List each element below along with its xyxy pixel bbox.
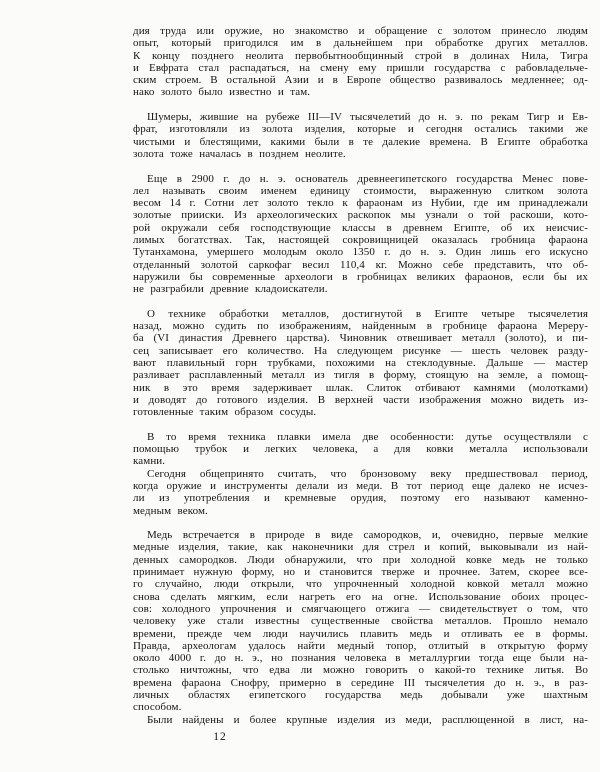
- paragraph: дия труда или оружие, но знакомство и об…: [133, 25, 588, 99]
- text-line: столько ничтожны, что едва ли можно гово…: [133, 664, 588, 676]
- paragraph: В то время техника плавки имела две особ…: [133, 431, 588, 468]
- text-line: сов: холодного упрочнения и смягчающего …: [133, 603, 588, 615]
- text-line: Шумеры, жившие на рубеже III—IV тысячеле…: [133, 111, 588, 123]
- text-line: Тутанхамона, умершего молодым около 1350…: [133, 246, 588, 258]
- text-line: го случайно, люди открыли, что упрочненн…: [133, 578, 588, 590]
- text-line: дия труда или оружие, но знакомство и об…: [133, 25, 588, 37]
- text-line: сец записывает его количество. На следую…: [133, 345, 588, 357]
- text-line: готовленные таким образом сосуды.: [133, 406, 588, 418]
- text-line: ским строем. В остальной Азии и в Европе…: [133, 74, 588, 86]
- text-line: медные изделия, такие, как наконечники д…: [133, 541, 588, 553]
- text-line: когда оружие и инструменты делали из мед…: [133, 480, 588, 492]
- text-line: Медь встречается в природе в виде саморо…: [133, 529, 588, 541]
- text-line: помощью трубок и легких человека, а для …: [133, 443, 588, 455]
- text-line: времена фараона Снофру, примерно в серед…: [133, 677, 588, 689]
- text-line: денных самородков. Люди обнаружили, что …: [133, 554, 588, 566]
- text-line: способом.: [133, 701, 588, 713]
- text-line: ли из употребления и кремневые орудия, п…: [133, 492, 588, 504]
- book-page: дия труда или оружие, но знакомство и об…: [0, 0, 600, 772]
- text-line: назад, можно судить по изображениям, най…: [133, 320, 588, 332]
- text-line: опыт, который пригодился им в дальнейшем…: [133, 37, 588, 49]
- text-line: отделанный золотой саркофаг весил 110,4 …: [133, 259, 588, 271]
- paragraph: Были найдены и более крупные изделия из …: [133, 714, 588, 726]
- text-line: человеку уже стали известны существенные…: [133, 615, 588, 627]
- text-line: К концу позднего неолита первобытнообщин…: [133, 50, 588, 62]
- text-line: снова сделать мягким, если нагреть его н…: [133, 591, 588, 603]
- text-line: золота тоже началась в позднем неолите.: [133, 148, 588, 160]
- text-line: золотые прииски. Из археологических раск…: [133, 209, 588, 221]
- text-line: около 4000 г. до н. э., но познания чело…: [133, 652, 588, 664]
- text-line: и Евфрата стал распадаться, на смену ему…: [133, 62, 588, 74]
- text-line: принимает нужную форму, но и становится …: [133, 566, 588, 578]
- text-line: фрат, изготовляли из золота изделия, кот…: [133, 123, 588, 135]
- text-line: чистыми и блестящими, какими были в те д…: [133, 136, 588, 148]
- paragraph: Еще в 2900 г. до н. э. основатель древне…: [133, 173, 588, 296]
- paragraph: О технике обработки металлов, достигнуто…: [133, 308, 588, 419]
- text-line: вают плавильный горн трубками, похожими …: [133, 357, 588, 369]
- text-line: камни.: [133, 455, 588, 467]
- text-line: лимых богатствах. Так, настоящей сокрови…: [133, 234, 588, 246]
- text-line: нако золото было известно и там.: [133, 86, 588, 98]
- paragraph: Сегодня общепринято считать, что бронзов…: [133, 468, 588, 517]
- text-line: Правда, археологам удалось найти медный …: [133, 640, 588, 652]
- text-line: В то время техника плавки имела две особ…: [133, 431, 588, 443]
- text-line: рой окружали себя господствующие классы …: [133, 222, 588, 234]
- text-line: и доводят до готового изделия. В верхней…: [133, 394, 588, 406]
- text-line: весом 14 г. Сотни лет золото текло к фар…: [133, 197, 588, 209]
- text-line: ба (VI династия Древнего царства). Чинов…: [133, 332, 588, 344]
- text-line: личных областях египетского государства …: [133, 689, 588, 701]
- text-line: времени, прежде чем люди научились плави…: [133, 628, 588, 640]
- text-line: Сегодня общепринято считать, что бронзов…: [133, 468, 588, 480]
- text-line: не разграбили древние кладоискатели.: [133, 283, 588, 295]
- text-line: Были найдены и более крупные изделия из …: [133, 714, 588, 726]
- paragraph: Шумеры, жившие на рубеже III—IV тысячеле…: [133, 111, 588, 160]
- text-line: наружили бы современные археологи в гроб…: [133, 271, 588, 283]
- text-line: медным веком.: [133, 505, 588, 517]
- page-number: 12: [208, 731, 232, 743]
- text-line: лел называть своим именем единицу стоимо…: [133, 185, 588, 197]
- text-line: Еще в 2900 г. до н. э. основатель древне…: [133, 173, 588, 185]
- page-text: дия труда или оружие, но знакомство и об…: [133, 25, 588, 726]
- paragraph: Медь встречается в природе в виде саморо…: [133, 529, 588, 713]
- text-line: О технике обработки металлов, достигнуто…: [133, 308, 588, 320]
- text-line: разливает расплавленный металл из тигля …: [133, 369, 588, 381]
- text-line: ник в это время задерживает шлак. Слиток…: [133, 382, 588, 394]
